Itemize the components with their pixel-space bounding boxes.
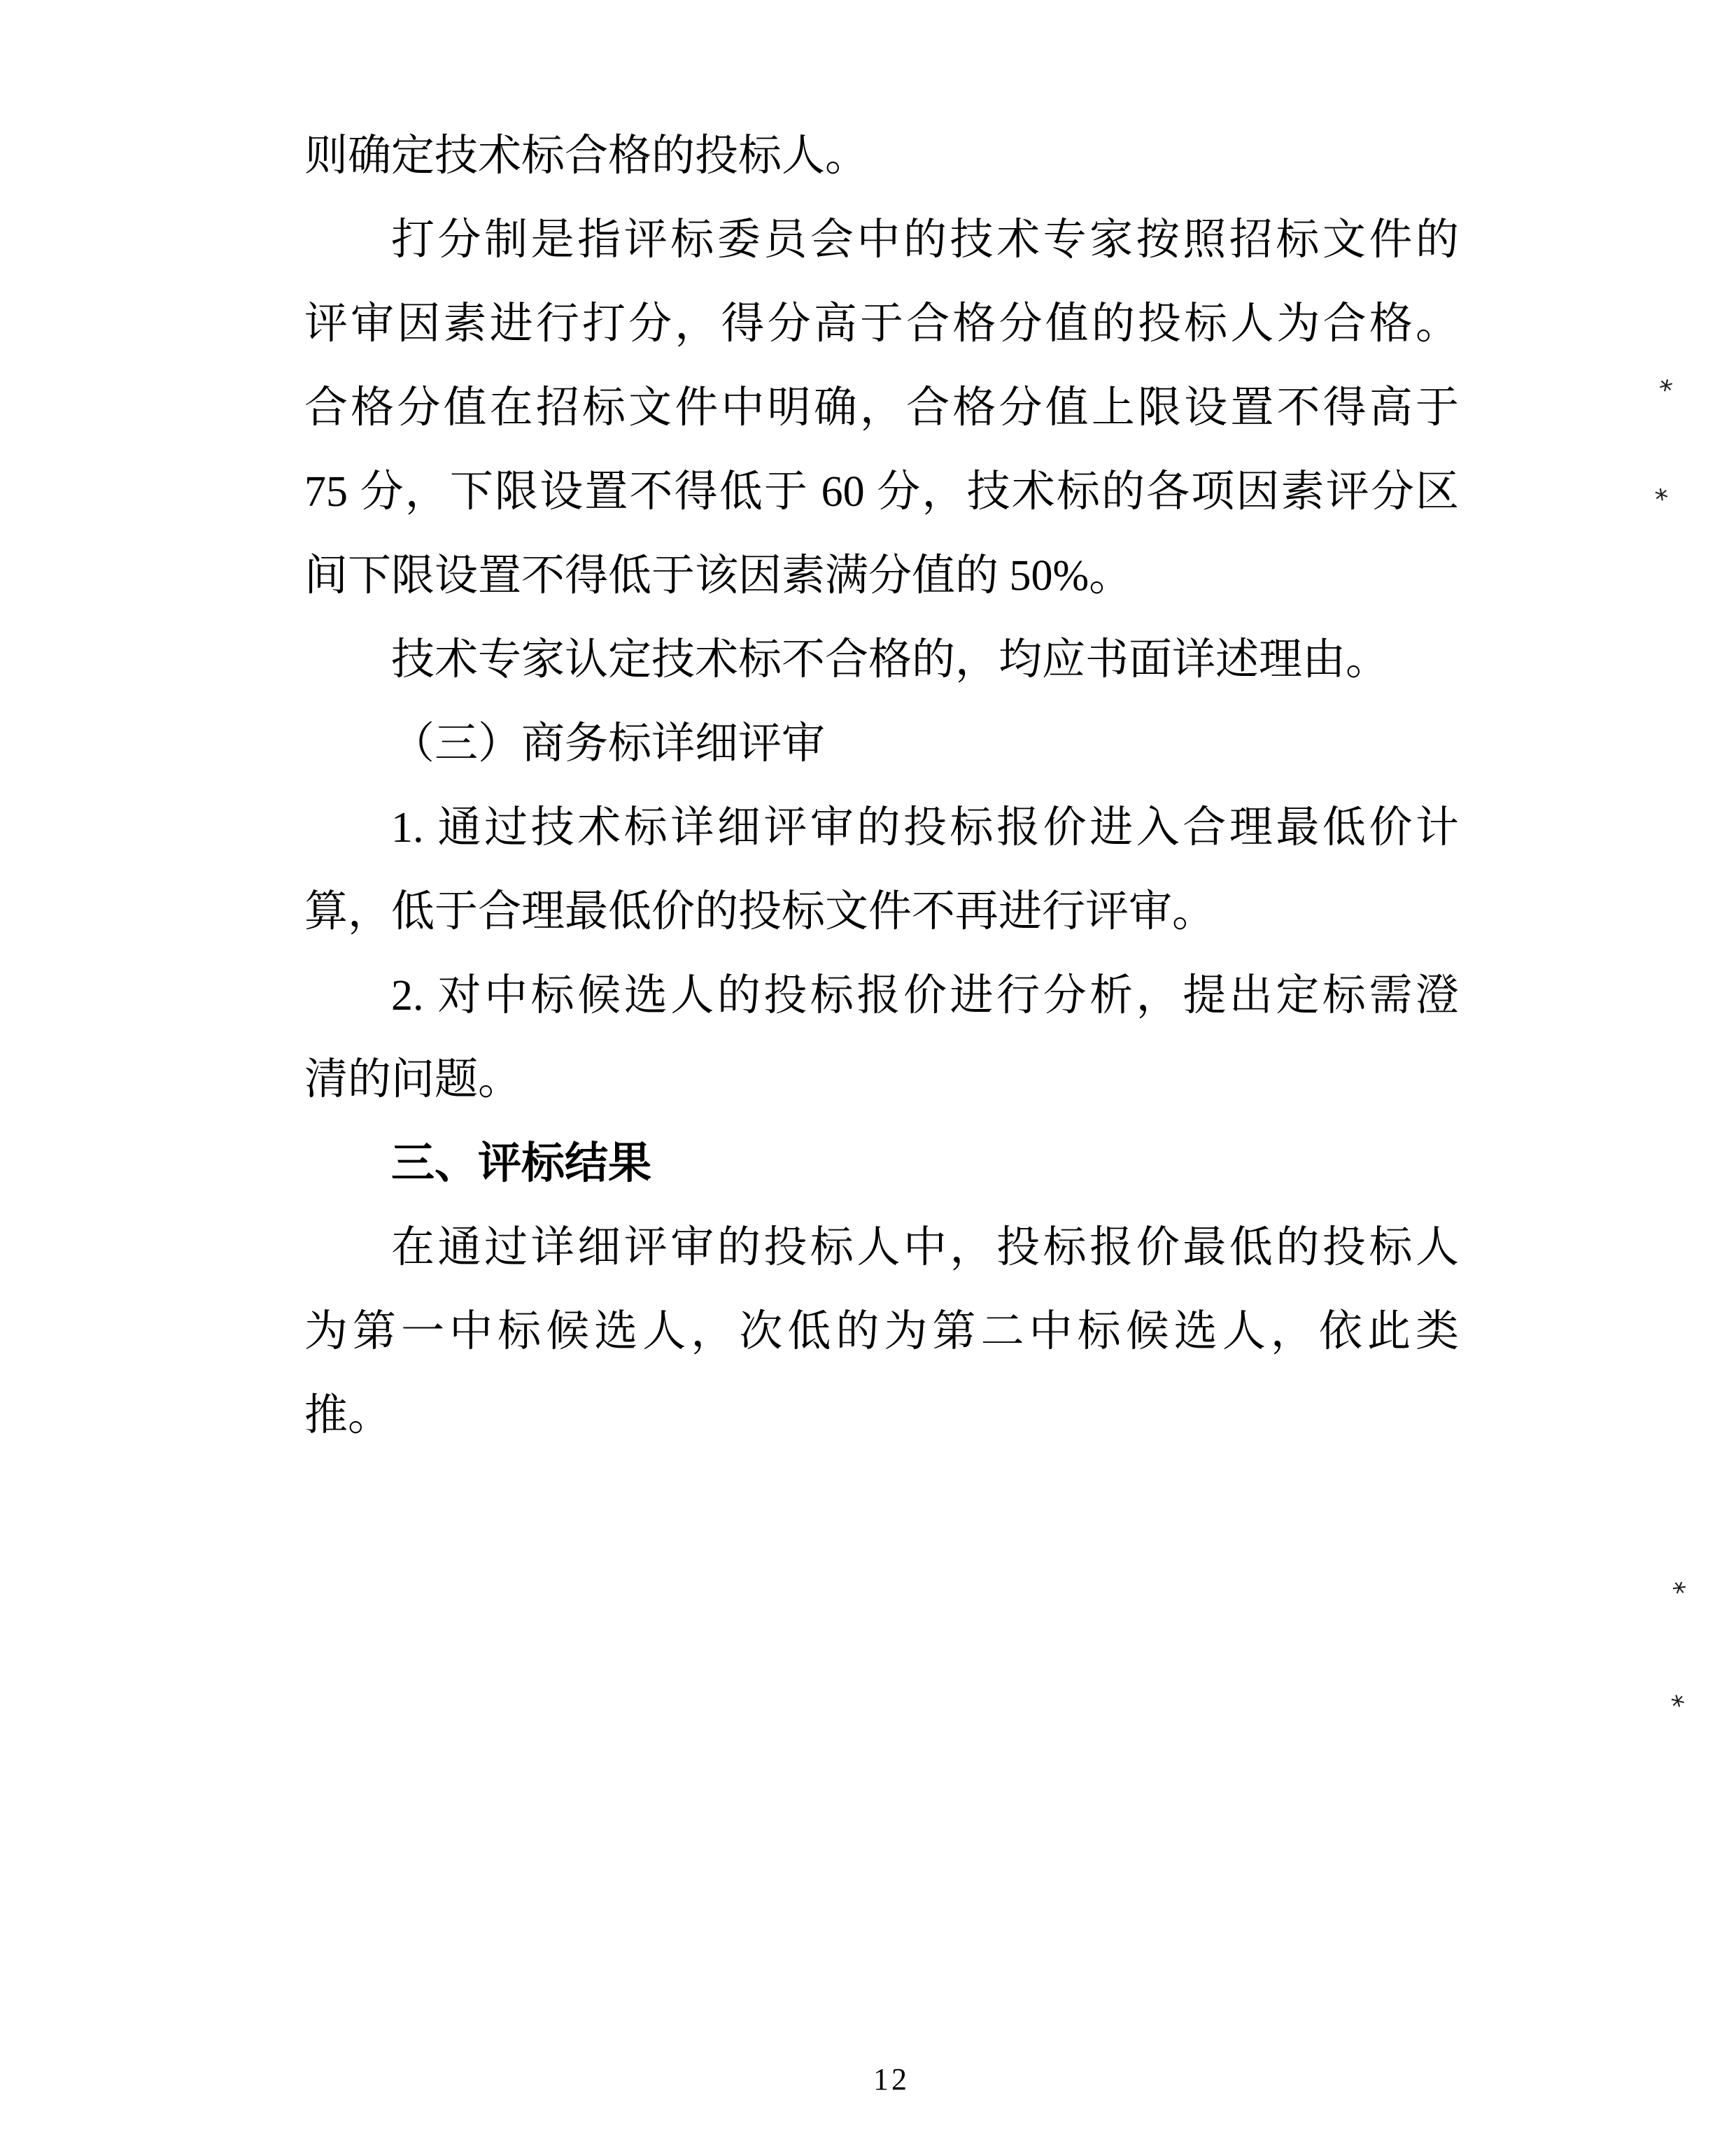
- text-line: 合格分值在招标文件中明确，合格分值上限设置不得高于: [304, 366, 1459, 450]
- text-line: 算，低于合理最低价的投标文件不再进行评审。: [304, 870, 1459, 954]
- text-line: 则确定技术标合格的投标人。: [304, 114, 1459, 198]
- text-line: 清的问题。: [304, 1038, 1459, 1122]
- scan-speck: *: [1656, 375, 1675, 404]
- text-block: 则确定技术标合格的投标人。打分制是指评标委员会中的技术专家按照招标文件的评审因素…: [304, 114, 1459, 1458]
- text-line: 间下限设置不得低于该因素满分值的 50%。: [304, 534, 1459, 618]
- text-line: 在通过详细评审的投标人中，投标报价最低的投标人: [304, 1206, 1459, 1290]
- scan-speck: *: [1667, 1577, 1689, 1607]
- scan-speck: *: [1669, 1691, 1689, 1720]
- text-line: 75 分，下限设置不得低于 60 分，技术标的各项因素评分区: [304, 450, 1459, 534]
- text-line: 打分制是指评标委员会中的技术专家按照招标文件的: [304, 198, 1459, 282]
- text-line: 2. 对中标候选人的投标报价进行分析，提出定标需澄: [304, 954, 1459, 1038]
- text-line: 评审因素进行打分，得分高于合格分值的投标人为合格。: [304, 282, 1459, 366]
- text-line: （三）商务标详细评审: [304, 702, 1459, 786]
- text-line: 三、评标结果: [304, 1122, 1459, 1206]
- page-number: 12: [873, 2061, 910, 2097]
- text-line: 技术专家认定技术标不合格的，均应书面详述理由。: [304, 618, 1459, 702]
- document-page: 则确定技术标合格的投标人。打分制是指评标委员会中的技术专家按照招标文件的评审因素…: [0, 0, 1736, 2137]
- scan-speck: *: [1653, 485, 1671, 514]
- text-line: 为第一中标候选人，次低的为第二中标候选人，依此类: [304, 1290, 1459, 1374]
- text-line: 推。: [304, 1374, 1459, 1458]
- text-line: 1. 通过技术标详细评审的投标报价进入合理最低价计: [304, 786, 1459, 870]
